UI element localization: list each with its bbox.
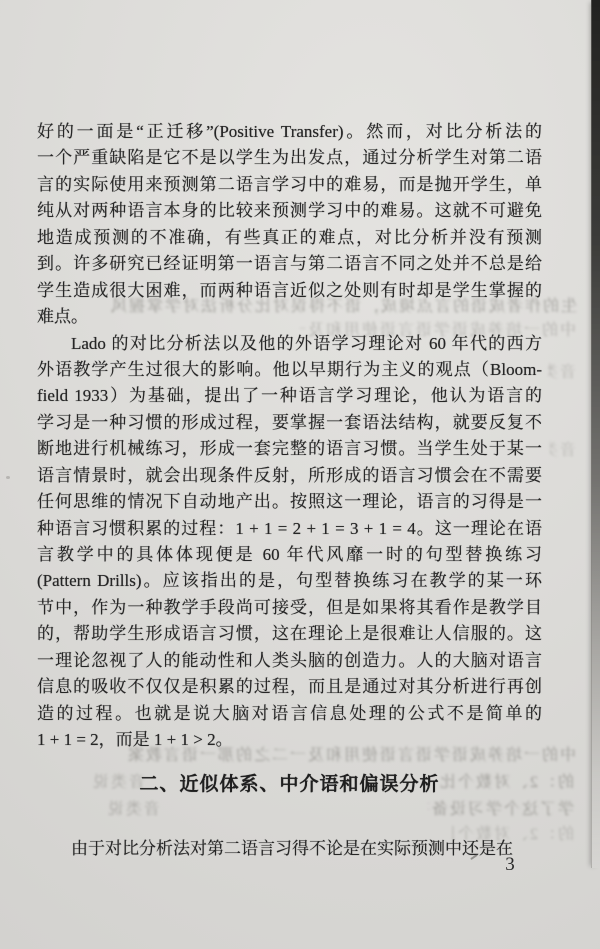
text-line: field 1933）为基础，提出了一种语言学习理论，他认为语言的: [37, 383, 542, 409]
text-line: 断地进行机械练习，形成一套完整的语言习惯。当学生处于某一: [37, 436, 542, 462]
text-line: 外语教学产生过很大的影响。他以早期行为主义的观点（Bloom-: [37, 357, 542, 383]
text-line: 1 + 1 = 2，而是 1 + 1 > 2。: [37, 727, 542, 753]
text-line: 言教学中的具体体现便是 60 年代风靡一时的句型替换练习: [37, 542, 542, 568]
scan-speck: [6, 476, 10, 479]
text-line: 地造成预测的不准确，有些真正的难点，对比分析并没有预测: [37, 225, 542, 251]
text-line: 好的一面是“正迁移”(Positive Transfer)。然而，对比分析法的: [37, 119, 542, 145]
text-line: 的，帮助学生形成语言习惯，这在理论上是很难让人信服的。这: [37, 621, 542, 647]
text-line: (Pattern Drills)。应该指出的是，句型替换练习在教学的某一环: [37, 568, 542, 594]
text-line: 纯从对两种语言本身的比较来预测学习中的难易。这就不可避免: [37, 198, 542, 224]
scan-edge-shadow: [591, 0, 600, 868]
text-line: 言的实际使用来预测第二语言学习中的难易，而是抛开学生，单: [37, 172, 542, 198]
text-line: 语言情景时，就会出现条件反射，所形成的语言习惯会在不需要: [37, 463, 542, 489]
page-number: 3: [492, 854, 528, 876]
text-line: 节中，作为一种教学手段尚可接受，但是如果将其看作是教学目: [37, 595, 542, 621]
text-line: 造的过程。也就是说大脑对语言信息处理的公式不是简单的: [37, 701, 542, 727]
scanned-book-page: 生的作者成语的言点境成，语不得误对比分析法对学掌握风 中的一培养成语学语言语使用…: [0, 0, 600, 949]
paragraph-line: 由于对比分析法对第二语言习得不论是在实际预测中还是在: [37, 836, 542, 862]
text-line: 信息的吸收不仅仅是积累的过程，而且是通过对其分析进行再创: [37, 674, 542, 700]
bleedthrough-text: 音类说: [548, 362, 576, 384]
text-line: 学生造成很大困难，而两种语言近似之处则有时却是学生掌握的: [37, 278, 542, 304]
text-line: 种语言习惯积累的过程：1 + 1 = 2 + 1 = 3 + 1 = 4。这一理…: [37, 516, 542, 542]
body-text: 好的一面是“正迁移”(Positive Transfer)。然而，对比分析法的 …: [37, 119, 542, 862]
section-heading: 二、近似体系、中介语和偏误分析: [37, 771, 542, 798]
text-line: 难点。: [37, 304, 542, 330]
text-line: 一个严重缺陷是它不是以学生为出发点，通过分析学生对第二语: [37, 145, 542, 171]
text-line: 一理论忽视了人的能动性和人类头脑的创造力。人的大脑对语言: [37, 648, 542, 674]
bleedthrough-text: 音类说: [550, 440, 576, 462]
text-line: 学习是一种习惯的形成过程，要掌握一套语法结构，就要反复不: [37, 410, 542, 436]
text-line: 任何思维的情况下自动地产出。按照这一理论，语言的习得是一: [37, 489, 542, 515]
text-line: 到。许多研究已经证明第一语言与第二语言不同之处并不总是给: [37, 251, 542, 277]
text-line: Lado 的对比分析法以及他的外语学习理论对 60 年代的西方: [37, 331, 542, 357]
